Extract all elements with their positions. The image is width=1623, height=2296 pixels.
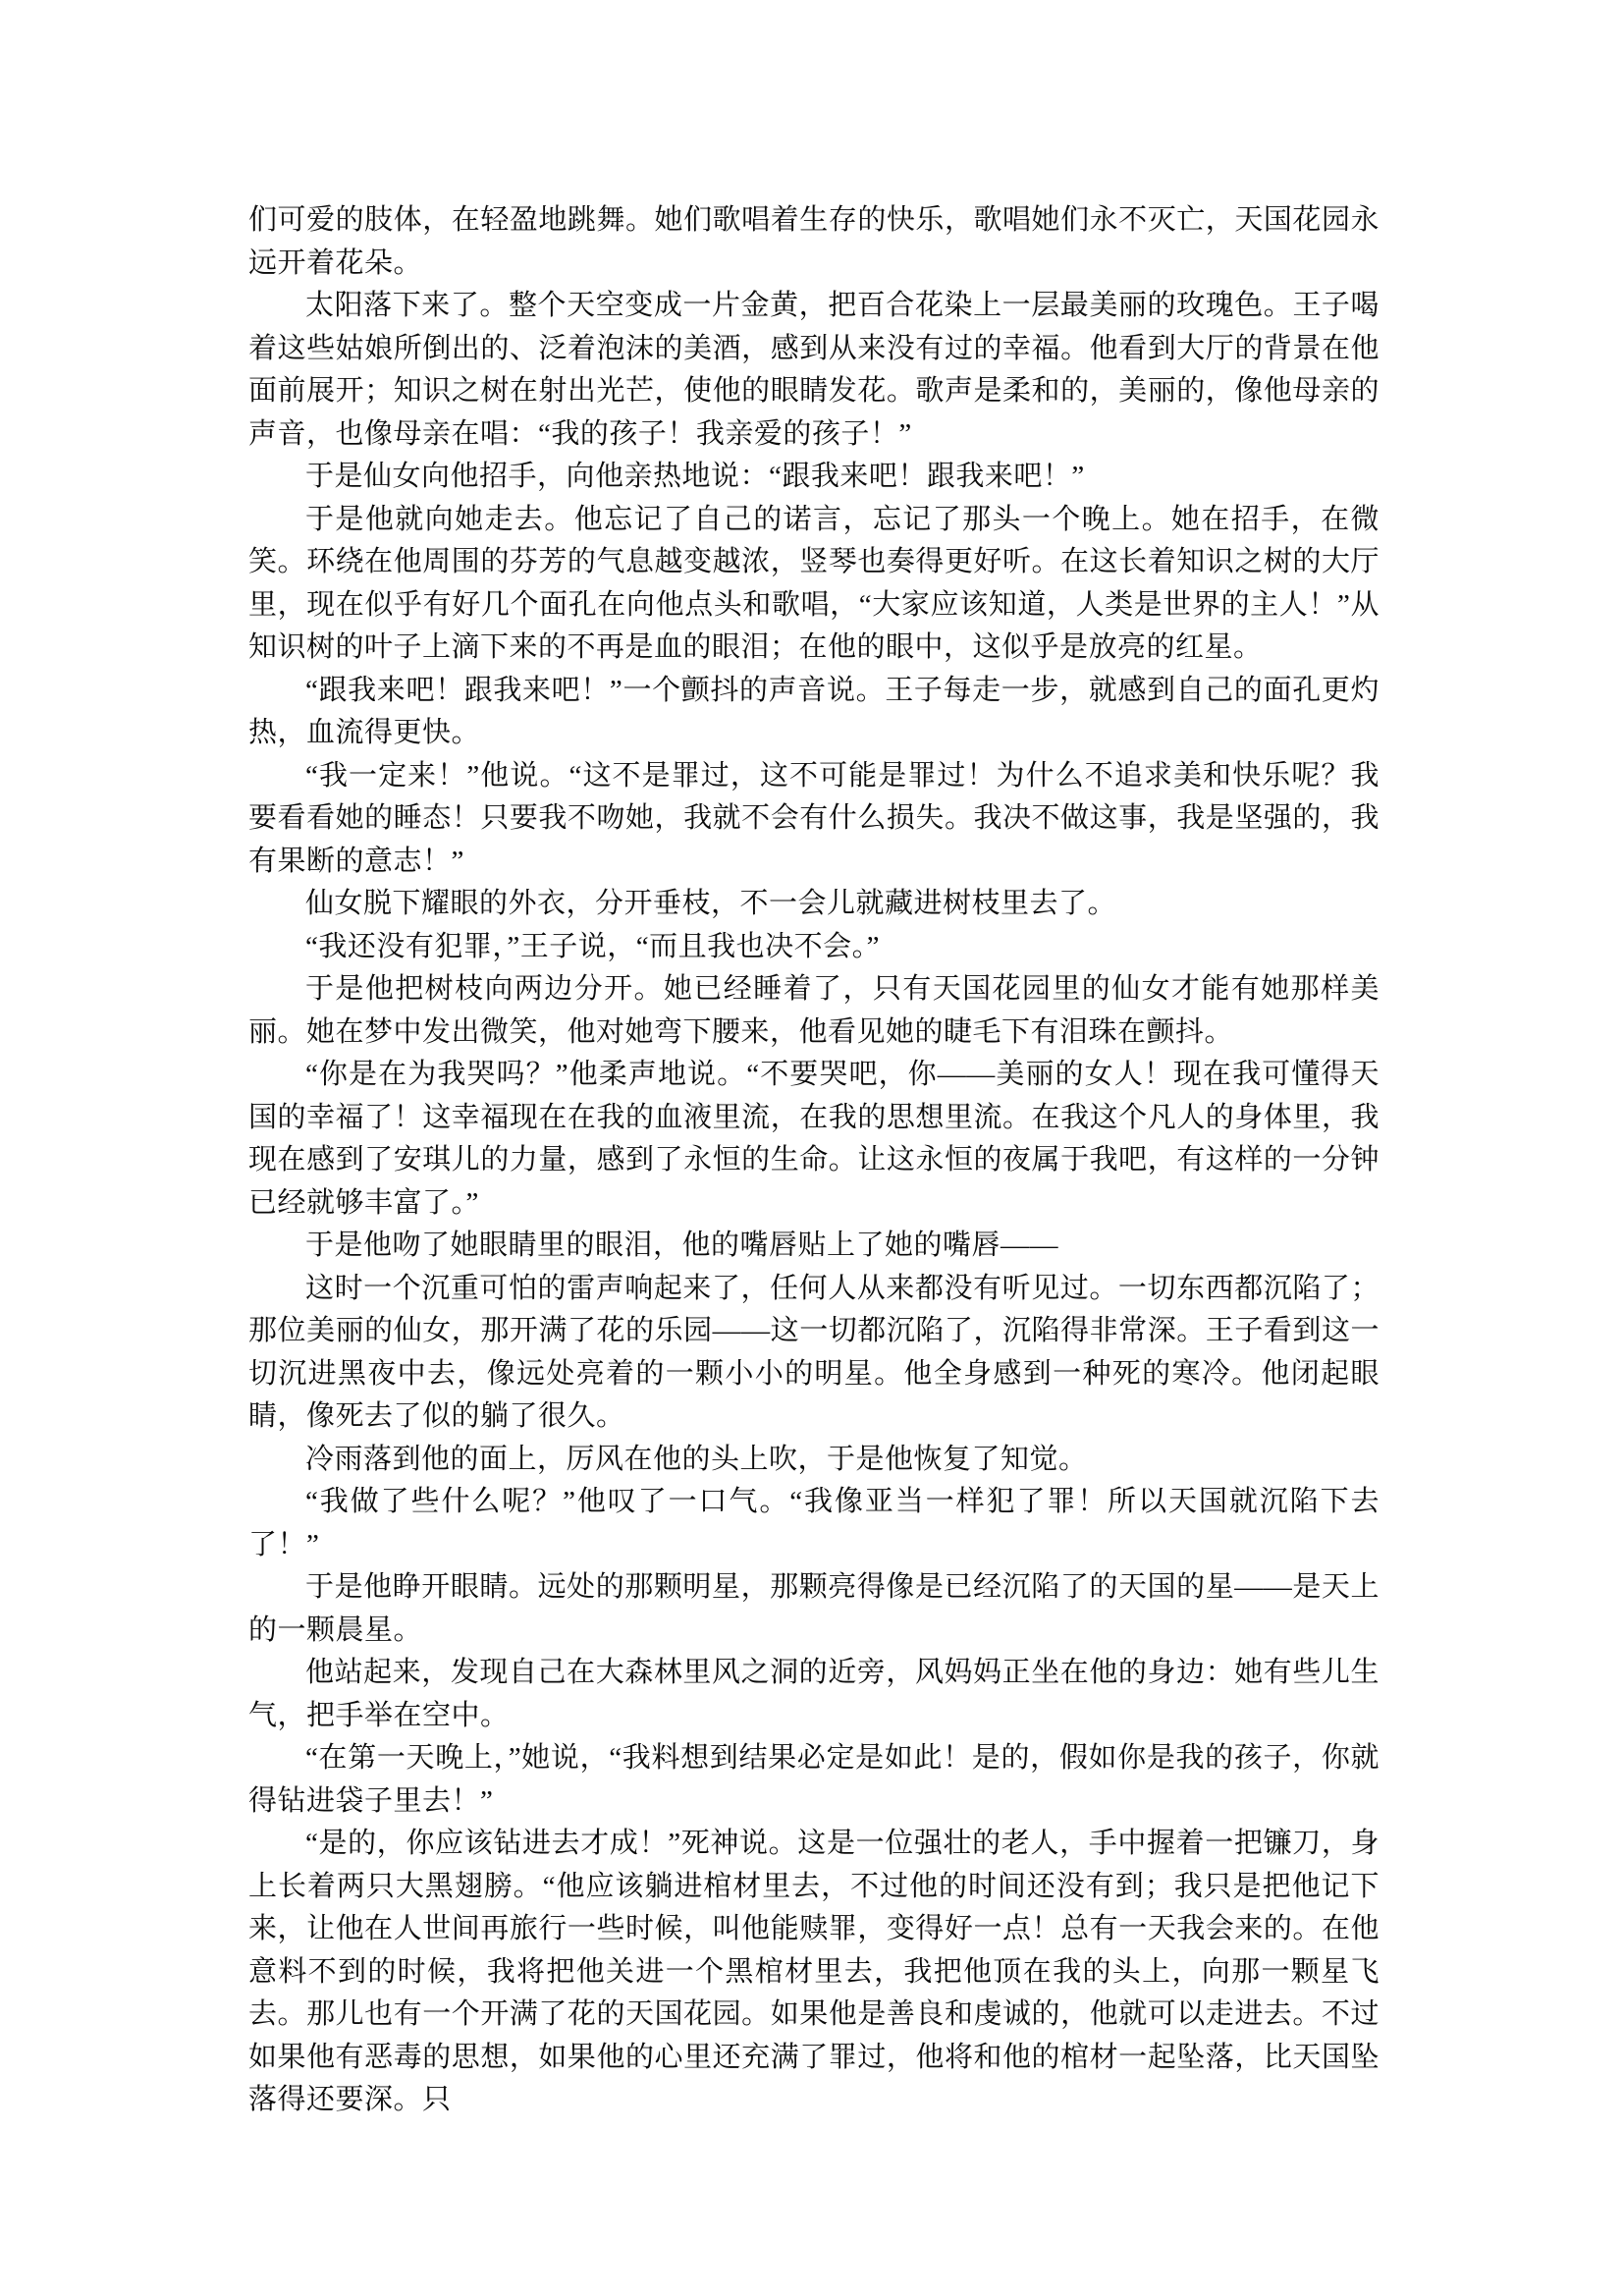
paragraph: “你是在为我哭吗？”他柔声地说。“不要哭吧，你——美丽的女人！现在我可懂得天国的…: [248, 1054, 1380, 1225]
paragraph: “在第一天晚上，”她说，“我料想到结果必定是如此！是的，假如你是我的孩子，你就得…: [248, 1737, 1380, 1823]
paragraph: 们可爱的肢体，在轻盈地跳舞。她们歌唱着生存的快乐，歌唱她们永不灭亡，天国花园永远…: [248, 199, 1380, 285]
paragraph: 于是他就向她走去。他忘记了自己的诺言，忘记了那头一个晚上。她在招手，在微笑。环绕…: [248, 499, 1380, 670]
paragraph: 他站起来，发现自己在大森林里风之洞的近旁，风妈妈正坐在他的身边：她有些儿生气，把…: [248, 1652, 1380, 1737]
paragraph: 仙女脱下耀眼的外衣，分开垂枝，不一会儿就藏进树枝里去了。: [248, 883, 1380, 926]
document-page: 们可爱的肢体，在轻盈地跳舞。她们歌唱着生存的快乐，歌唱她们永不灭亡，天国花园永远…: [0, 0, 1623, 2296]
paragraph: 冷雨落到他的面上，厉风在他的头上吹，于是他恢复了知觉。: [248, 1439, 1380, 1482]
paragraph: 这时一个沉重可怕的雷声响起来了，任何人从来都没有听见过。一切东西都沉陷了；那位美…: [248, 1268, 1380, 1439]
paragraph: 太阳落下来了。整个天空变成一片金黄，把百合花染上一层最美丽的玫瑰色。王子喝着这些…: [248, 285, 1380, 456]
story-text: 们可爱的肢体，在轻盈地跳舞。她们歌唱着生存的快乐，歌唱她们永不灭亡，天国花园永远…: [248, 199, 1380, 2122]
paragraph: 于是他把树枝向两边分开。她已经睡着了，只有天国花园里的仙女才能有她那样美丽。她在…: [248, 968, 1380, 1054]
paragraph: “是的，你应该钻进去才成！”死神说。这是一位强壮的老人，手中握着一把镰刀，身上长…: [248, 1823, 1380, 2122]
paragraph: “跟我来吧！跟我来吧！”一个颤抖的声音说。王子每走一步，就感到自己的面孔更灼热，…: [248, 670, 1380, 755]
paragraph: “我一定来！”他说。“这不是罪过，这不可能是罪过！为什么不追求美和快乐呢？我要看…: [248, 755, 1380, 884]
paragraph: 于是他睁开眼睛。远处的那颗明星，那颗亮得像是已经沉陷了的天国的星——是天上的一颗…: [248, 1566, 1380, 1652]
paragraph: 于是仙女向他招手，向他亲热地说：“跟我来吧！跟我来吧！”: [248, 456, 1380, 499]
paragraph: “我做了些什么呢？”他叹了一口气。“我像亚当一样犯了罪！所以天国就沉陷下去了！”: [248, 1481, 1380, 1566]
paragraph: “我还没有犯罪，”王子说，“而且我也决不会。”: [248, 926, 1380, 969]
paragraph: 于是他吻了她眼睛里的眼泪，他的嘴唇贴上了她的嘴唇——: [248, 1225, 1380, 1268]
